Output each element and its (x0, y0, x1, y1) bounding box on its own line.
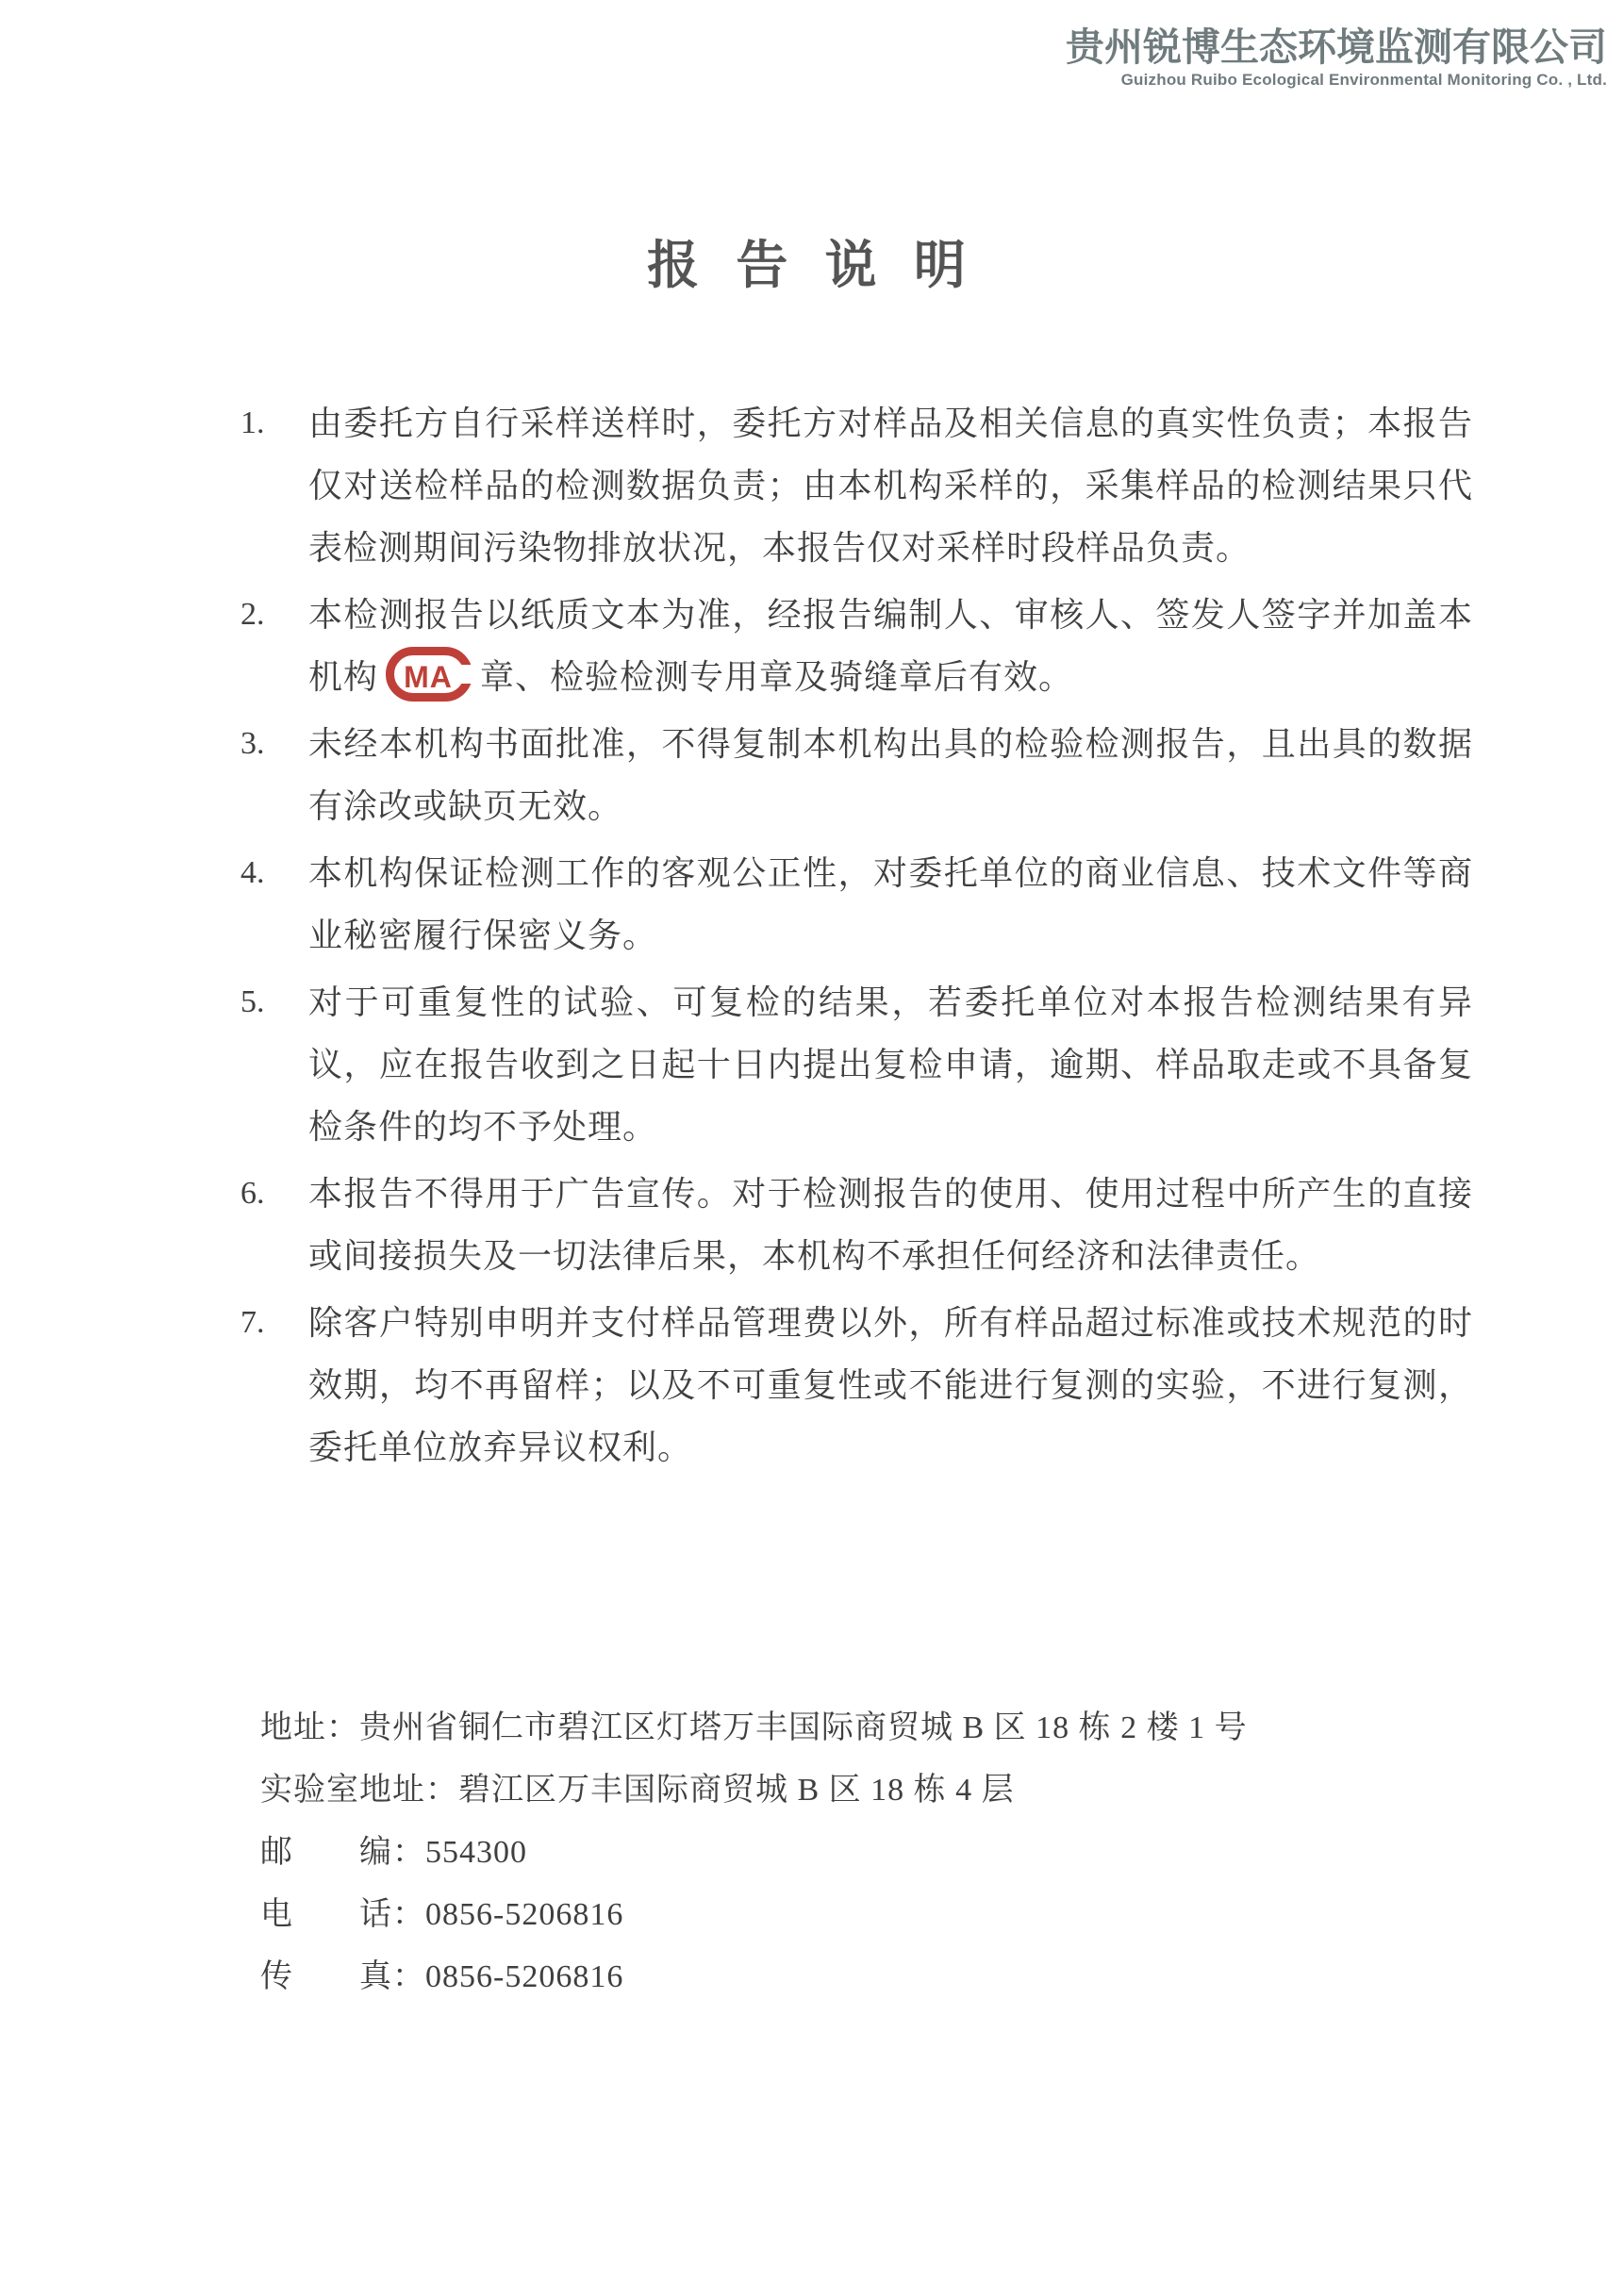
note-text-run: 本报告不得用于广告宣传。对于检测报告的使用、使用过程中所产生的直接或间接损失及一… (308, 1175, 1473, 1275)
footer-row: 地址：贵州省铜仁市碧江区灯塔万丰国际商贸城 B 区 18 栋 2 楼 1 号 (260, 1697, 1248, 1759)
footer-label: 地址： (260, 1710, 359, 1745)
note-text-run: 未经本机构书面批准，不得复制本机构出具的检验检测报告，且出具的数据有涂改或缺页无… (308, 725, 1473, 825)
footer-row: 实验室地址：碧江区万丰国际商贸城 B 区 18 栋 4 层 (260, 1759, 1248, 1822)
footer-value: 贵州省铜仁市碧江区灯塔万丰国际商贸城 B 区 18 栋 2 楼 1 号 (359, 1710, 1248, 1745)
note-number: 7. (240, 1292, 308, 1354)
notes-list: 1. 由委托方自行采样送样时，委托方对样品及相关信息的真实性负责；本报告仅对送检… (240, 392, 1485, 1483)
note-item: 2. 本检测报告以纸质文本为准，经报告编制人、审核人、签发人签字并加盖本机构 M… (240, 584, 1485, 708)
footer-label: 邮 编： (260, 1835, 425, 1870)
footer-label: 传 真： (260, 1959, 425, 1994)
note-number: 2. (240, 584, 308, 646)
note-text: 由委托方自行采样送样时，委托方对样品及相关信息的真实性负责；本报告仅对送检样品的… (308, 392, 1473, 579)
note-number: 1. (240, 392, 308, 454)
note-item: 5. 对于可重复性的试验、可复检的结果，若委托单位对本报告检测结果有异议，应在报… (240, 971, 1485, 1158)
note-text: 对于可重复性的试验、可复检的结果，若委托单位对本报告检测结果有异议，应在报告收到… (308, 971, 1473, 1158)
note-text-run: 由委托方自行采样送样时，委托方对样品及相关信息的真实性负责；本报告仅对送检样品的… (308, 405, 1473, 567)
note-number: 5. (240, 971, 308, 1033)
note-number: 4. (240, 842, 308, 904)
footer-contact: 地址：贵州省铜仁市碧江区灯塔万丰国际商贸城 B 区 18 栋 2 楼 1 号 实… (260, 1697, 1248, 2008)
company-name-en: Guizhou Ruibo Ecological Environmental M… (1066, 70, 1607, 91)
note-text: 本报告不得用于广告宣传。对于检测报告的使用、使用过程中所产生的直接或间接损失及一… (308, 1163, 1473, 1287)
note-number: 6. (240, 1163, 308, 1225)
note-item: 1. 由委托方自行采样送样时，委托方对样品及相关信息的真实性负责；本报告仅对送检… (240, 392, 1485, 579)
note-text-run: 对于可重复性的试验、可复检的结果，若委托单位对本报告检测结果有异议，应在报告收到… (308, 983, 1473, 1146)
footer-value: 碧江区万丰国际商贸城 B 区 18 栋 4 层 (458, 1773, 1015, 1808)
note-text: 除客户特别申明并支付样品管理费以外，所有样品超过标准或技术规范的时效期，均不再留… (308, 1292, 1473, 1478)
footer-row: 邮 编：554300 (260, 1822, 1248, 1884)
footer-row: 传 真：0856-5206816 (260, 1946, 1248, 2008)
note-text-run: 本机构保证检测工作的客观公正性，对委托单位的商业信息、技术文件等商业秘密履行保密… (308, 854, 1473, 954)
note-item: 7. 除客户特别申明并支付样品管理费以外，所有样品超过标准或技术规范的时效期，均… (240, 1292, 1485, 1478)
footer-value: 554300 (425, 1835, 527, 1870)
page-title: 报 告 说 明 (0, 236, 1624, 294)
footer-label: 实验室地址： (260, 1773, 458, 1808)
note-text: 本机构保证检测工作的客观公正性，对委托单位的商业信息、技术文件等商业秘密履行保密… (308, 842, 1473, 966)
footer-value: 0856-5206816 (425, 1959, 623, 1994)
report-notes-page: 贵州锐博生态环境监测有限公司 Guizhou Ruibo Ecological … (0, 0, 1624, 2296)
note-text: 本检测报告以纸质文本为准，经报告编制人、审核人、签发人签字并加盖本机构 MA 章… (308, 584, 1473, 708)
company-header: 贵州锐博生态环境监测有限公司 Guizhou Ruibo Ecological … (1066, 25, 1607, 91)
footer-value: 0856-5206816 (425, 1897, 623, 1932)
cma-letters: MA (404, 660, 453, 694)
company-name-zh: 贵州锐博生态环境监测有限公司 (1066, 25, 1607, 70)
note-item: 4. 本机构保证检测工作的客观公正性，对委托单位的商业信息、技术文件等商业秘密履… (240, 842, 1485, 966)
note-text-run: 除客户特别申明并支付样品管理费以外，所有样品超过标准或技术规范的时效期，均不再留… (308, 1304, 1473, 1466)
footer-row: 电 话：0856-5206816 (260, 1884, 1248, 1946)
footer-label: 电 话： (260, 1897, 425, 1932)
note-text: 未经本机构书面批准，不得复制本机构出具的检验检测报告，且出具的数据有涂改或缺页无… (308, 713, 1473, 837)
note-item: 3. 未经本机构书面批准，不得复制本机构出具的检验检测报告，且出具的数据有涂改或… (240, 713, 1485, 837)
note-item: 6. 本报告不得用于广告宣传。对于检测报告的使用、使用过程中所产生的直接或间接损… (240, 1163, 1485, 1287)
note-number: 3. (240, 713, 308, 775)
note-text-run: 章、检验检测专用章及骑缝章后有效。 (480, 658, 1073, 696)
cma-stamp-icon: MA (386, 647, 472, 702)
